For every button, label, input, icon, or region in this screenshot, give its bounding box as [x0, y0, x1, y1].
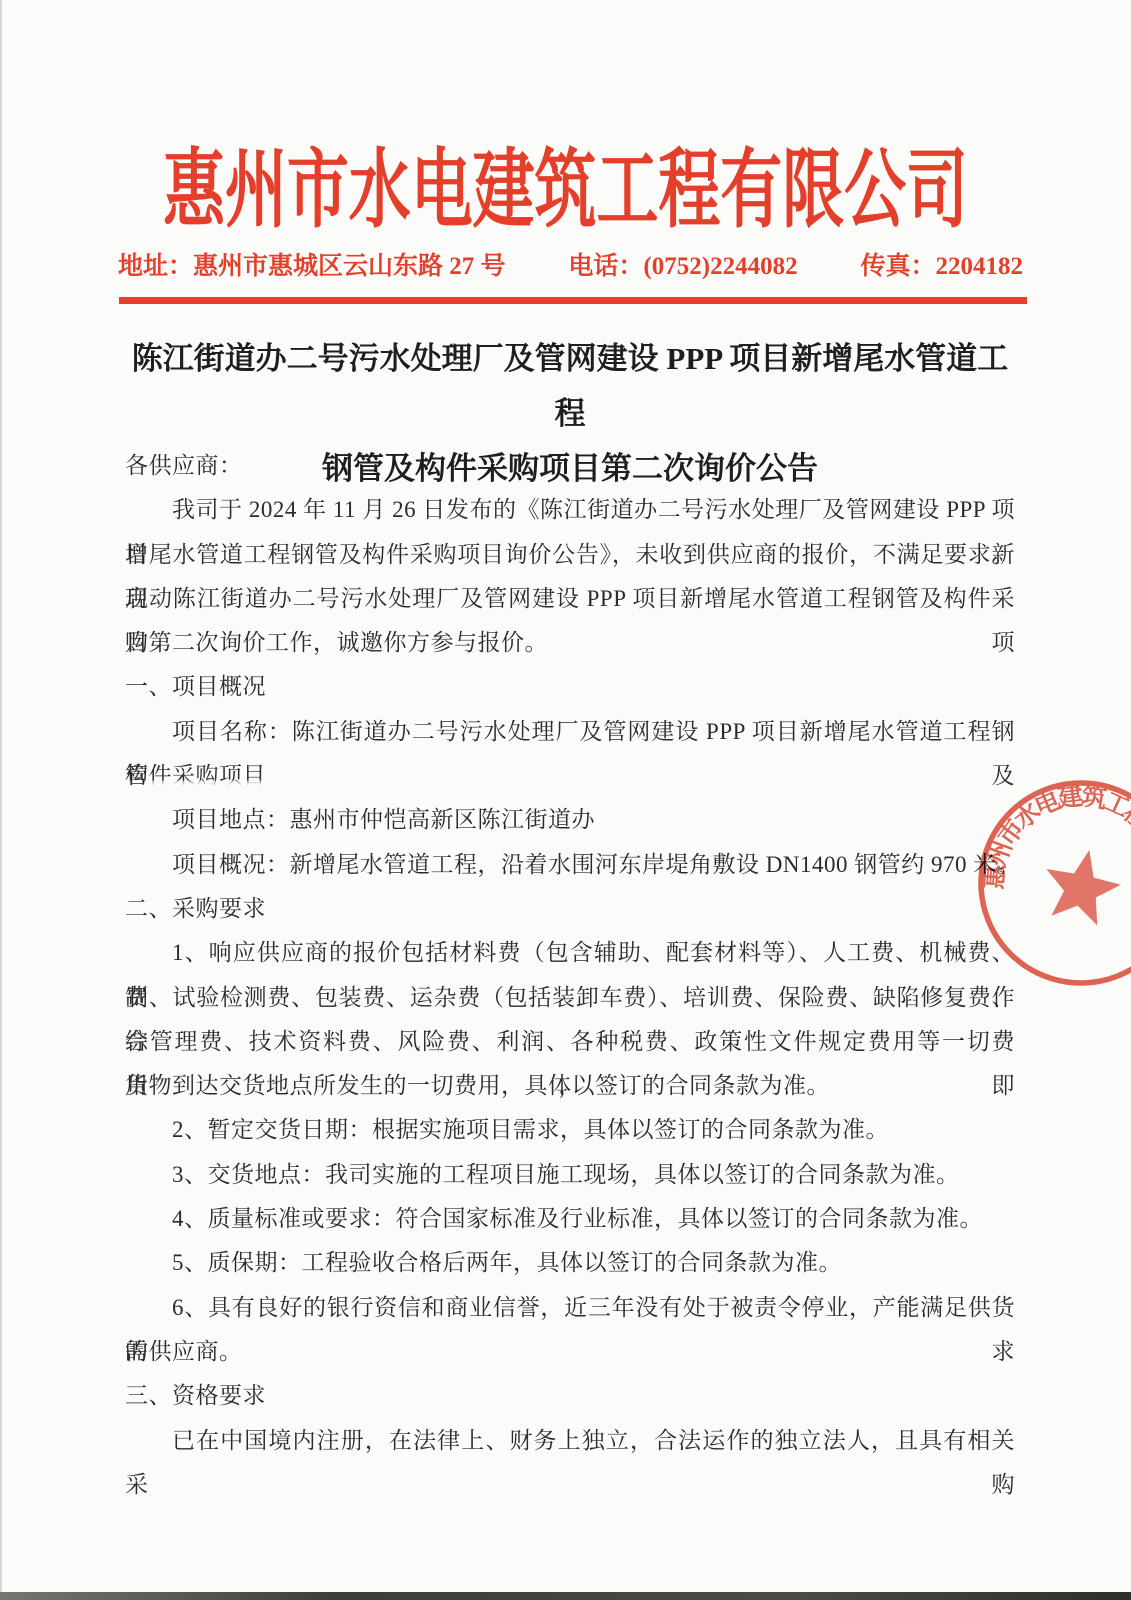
official-seal: 惠州市水电建筑工程有限公司 — [951, 753, 1131, 1013]
body-line: 三、资格要求 — [125, 1374, 1015, 1418]
body-line: 启动陈江街道办二号污水处理厂及管网建设 PPP 项目新增尾水管道工程钢管及构件采… — [125, 577, 1015, 621]
star-icon — [1046, 850, 1120, 926]
document-page: 惠州市水电建筑工程有限公司 地址：惠州市惠城区云山东路 27 号 电话：(075… — [0, 0, 1131, 1600]
company-phone: 电话：(0752)2244082 — [568, 251, 797, 283]
body-line: 3、交货地点：我司实施的工程项目施工现场，具体以签订的合同条款为准。 — [125, 1153, 1015, 1197]
body-line: 构件采购项目 — [125, 754, 1015, 798]
body-line: 费、试验检测费、包装费、运杂费（包括装卸车费）、培训费、保险费、缺陷修复费、综 — [125, 976, 1015, 1020]
company-fax: 传真：2204182 — [860, 251, 1023, 283]
scan-edge-bottom — [0, 1592, 1131, 1600]
company-name: 惠州市水电建筑工程有限公司 — [158, 142, 972, 238]
body-line: 1、响应供应商的报价包括材料费（包含辅助、配套材料等）、人工费、机械费、制作 — [125, 931, 1015, 975]
contact-row: 地址：惠州市惠城区云山东路 27 号 电话：(0752)2244082 传真：2… — [118, 251, 1023, 283]
body-line: 6、具有良好的银行资信和商业信誉，近三年没有处于被责令停业，产能满足供货需求 — [125, 1286, 1015, 1330]
body-line: 项目地点：惠州市仲恺高新区陈江街道办 — [125, 798, 1015, 842]
body-line: 项目名称：陈江街道办二号污水处理厂及管网建设 PPP 项目新增尾水管道工程钢管及 — [125, 710, 1015, 754]
body-line: 二、采购要求 — [125, 887, 1015, 931]
title-line-1: 陈江街道办二号污水处理厂及管网建设 PPP 项目新增尾水管道工程 — [125, 331, 1015, 441]
body-line: 各供应商： — [125, 444, 1015, 488]
body-line: 4、质量标准或要求：符合国家标准及行业标准，具体以签订的合同条款为准。 — [125, 1197, 1015, 1241]
body-text: 各供应商：我司于 2024 年 11 月 26 日发布的《陈江街道办二号污水处理… — [125, 444, 1015, 1463]
letterhead-rule — [119, 297, 1027, 304]
body-line: 一、项目概况 — [125, 665, 1015, 709]
body-line: 2、暂定交货日期：根据实施项目需求，具体以签订的合同条款为准。 — [125, 1108, 1015, 1152]
body-line: 合管理费、技术资料费、风险费、利润、各种税费、政策性文件规定费用等一切费用，即 — [125, 1020, 1015, 1064]
scan-edge-left — [0, 0, 3, 1600]
seal-text: 惠州市水电建筑工程有限公司 — [980, 782, 1131, 918]
body-line: 已在中国境内注册，在法律上、财务上独立，合法运作的独立法人，且具有相关采购 — [125, 1419, 1015, 1463]
seal-text-path: 惠州市水电建筑工程有限公司 — [980, 782, 1131, 918]
body-line: 增尾水管道工程钢管及构件采购项目询价公告》，未收到供应商的报价，不满足要求。现 — [125, 533, 1015, 577]
body-line: 我司于 2024 年 11 月 26 日发布的《陈江街道办二号污水处理厂及管网建… — [125, 488, 1015, 532]
body-line: 5、质保期：工程验收合格后两年，具体以签订的合同条款为准。 — [125, 1241, 1015, 1285]
company-address: 地址：惠州市惠城区云山东路 27 号 — [118, 251, 506, 283]
body-line: 项目概况：新增尾水管道工程，沿着水围河东岸堤角敷设 DN1400 钢管约 970… — [125, 843, 1015, 887]
